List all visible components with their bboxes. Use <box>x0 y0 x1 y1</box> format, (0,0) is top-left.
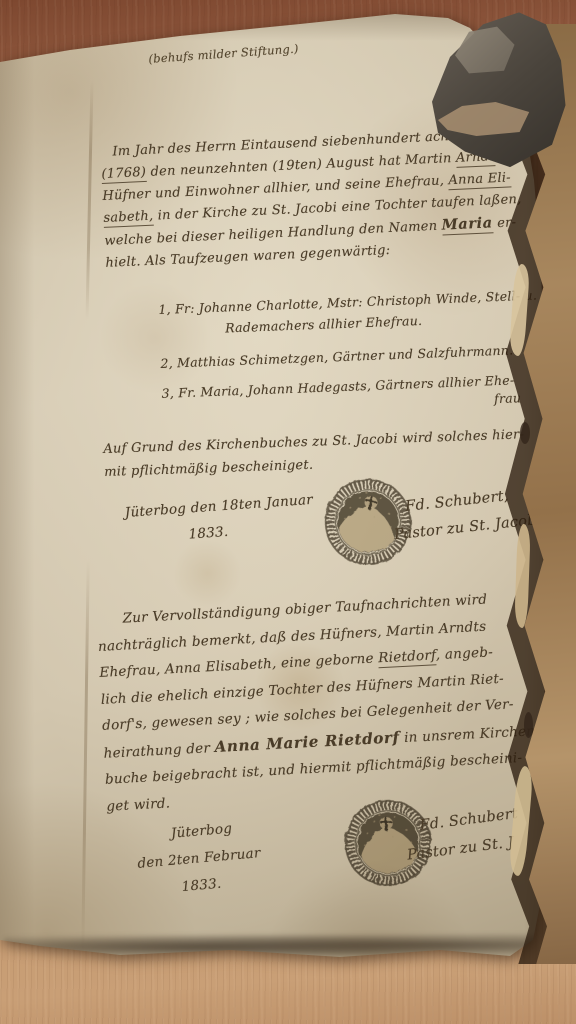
manuscript-text: 1833. <box>188 524 229 543</box>
torn-edge-dark-spot <box>520 422 530 444</box>
soiled-bottom-edge <box>4 934 549 958</box>
addendum-paragraph: Zur Vervollständigung obiger Taufnachric… <box>96 584 543 820</box>
dateline-february-1833: Jüterbogden 2ten Februar1833. <box>134 813 264 904</box>
manuscript-line: 3, Fr. Maria, Johann Hadegasts, Gärtners… <box>161 368 540 404</box>
manuscript-text: get wird. <box>106 795 171 814</box>
underlined-text: (1768) <box>101 165 146 184</box>
torn-edge-dark-spot <box>524 712 533 738</box>
witness-list: 1, Fr: Johanne Charlotte, Mstr: Christop… <box>158 284 541 421</box>
manuscript-text: Anna Marie Rietdorf <box>214 728 400 756</box>
underlined-text: Rietdorf <box>378 647 437 668</box>
manuscript-text: Rademachers allhier Ehefrau. <box>225 313 423 336</box>
manuscript-text: mit pflichtmäßig bescheiniget. <box>104 458 314 480</box>
manuscript-text: 2, Matthias Schimetzgen, Gärtner und Sal… <box>160 342 513 371</box>
manuscript-text: 1833. <box>181 876 222 895</box>
underlined-text: sabeth, <box>103 209 154 228</box>
manuscript-text: Jüterbog <box>170 820 233 841</box>
manuscript-text: , angeb- <box>435 644 493 663</box>
photographed-manuscript-page: (behufs milder Stiftung.) Im Jahr des He… <box>0 0 576 1024</box>
manuscript-line: 2, Matthias Schimetzgen, Gärtner und Sal… <box>160 338 539 374</box>
damaged-top-right-corner <box>420 2 570 174</box>
manuscript-text: 3, Fr. Maria, Johann Hadegasts, Gärtners… <box>161 372 514 401</box>
manuscript-text: heirathung der <box>103 739 215 761</box>
manuscript-text: den 2ten Februar <box>137 845 261 872</box>
